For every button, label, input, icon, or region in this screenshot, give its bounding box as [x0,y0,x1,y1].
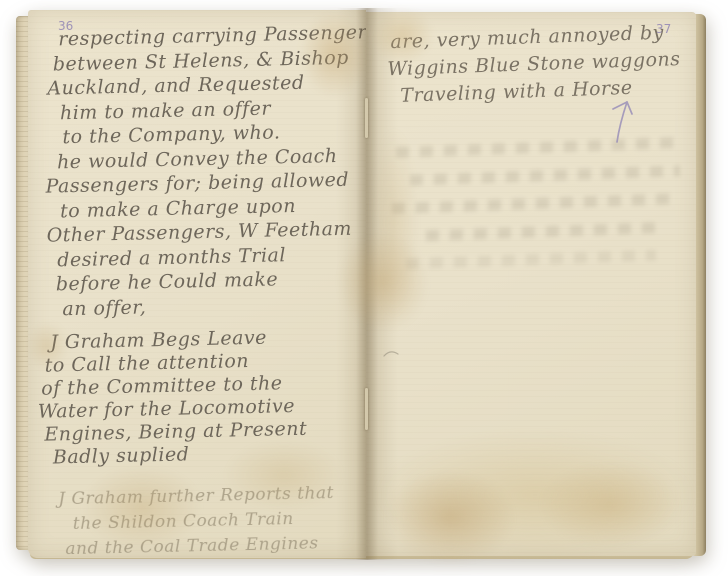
manuscript-paragraph-2: J Graham Begs Leave to Call the attentio… [28,326,308,470]
pencil-arrow-icon [603,94,643,146]
manuscript-paragraph-3-faded: J Graham further Reports that the Shildo… [28,481,335,563]
open-manuscript-book: 36 respecting carrying Passengers betwee… [0,0,728,576]
binding-stitch-thread [365,98,368,138]
ghost-writing [406,250,656,270]
right-page: 37 are, very much annoyed by Wiggins Blu… [366,12,696,556]
manuscript-paragraph-1: respecting carrying Passengers between S… [28,20,384,322]
ghost-writing [426,222,666,241]
pencil-squiggle-icon [382,348,400,358]
ghost-writing [392,193,680,214]
photograph-background: 36 respecting carrying Passengers betwee… [0,0,728,576]
binding-stitch-thread [365,388,368,430]
left-page: 36 respecting carrying Passengers betwee… [28,10,366,558]
ghost-writing [410,165,680,185]
script-line: Badly suplied [53,441,308,470]
script-line: and the Coal Trade Engines [65,531,335,562]
